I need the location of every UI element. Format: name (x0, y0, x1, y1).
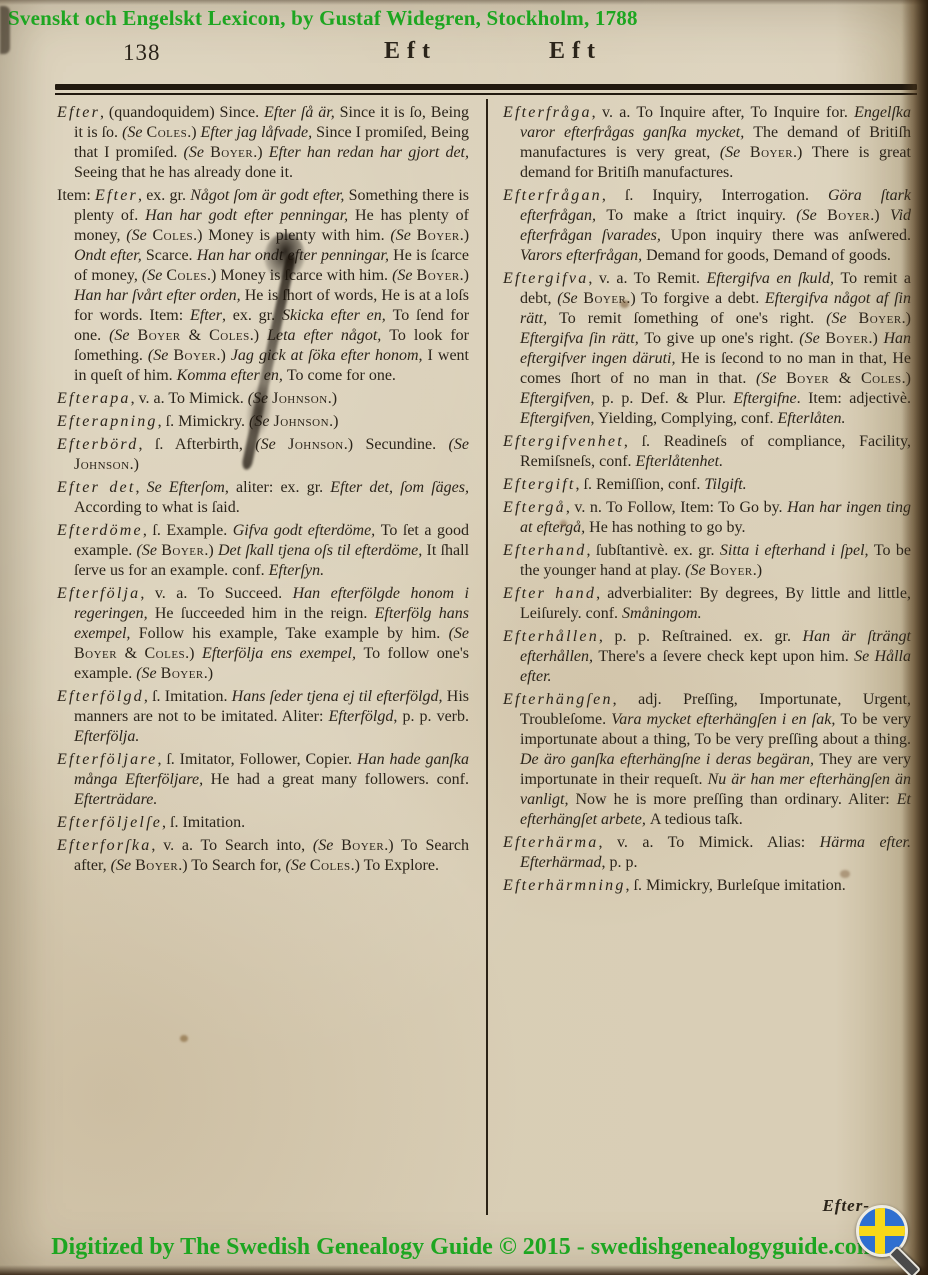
entry-text: , ſubſtantivè. ex. gr. (587, 542, 720, 559)
dictionary-entry: Efterdöme, ſ. Example. Gifva godt efterd… (57, 521, 469, 581)
entry-text: (Se (122, 124, 146, 141)
entry-text: To come for one. (287, 367, 396, 384)
entry-text: Boyer (161, 542, 204, 559)
entry-text: , v. a. To Mimick. (131, 390, 248, 407)
entry-headword: Efter det (57, 479, 135, 496)
entry-headword: Efterfölja (57, 585, 140, 602)
entry-text: , p. p. Def. & Plur. (591, 390, 734, 407)
page-number: 138 (123, 40, 161, 66)
entry-text: .) Secundine. (344, 436, 449, 453)
entry-text: Hans ſeder tjena ej til efterfölgd, (232, 688, 447, 705)
entry-text: Ondt efter, (74, 247, 146, 264)
entry-headword: Efterhärmning (503, 877, 626, 894)
entry-text: Follow his example, Take example by him. (139, 625, 449, 642)
dictionary-entry: Efterapning, ſ. Mimickry. (Se Johnson.) (57, 412, 469, 432)
entry-text: .) Money is ſcarce with him. (207, 267, 392, 284)
header-rule (55, 84, 917, 96)
entry-text: Efterlåtenhet. (636, 453, 724, 470)
entry-text: (Se (136, 665, 160, 682)
scan-edge-bottom (0, 1265, 928, 1275)
entry-headword: Efter hand (503, 585, 596, 602)
entry-headword: Efterfråga (503, 104, 592, 121)
entry-text: , ſ. Mimickry. (158, 413, 249, 430)
entry-text: Eftergifva ſin rätt, (520, 330, 644, 347)
entry-text: .) To Search for, (178, 857, 285, 874)
entry-text: Boyer (859, 310, 902, 327)
entry-text: To remit ſomething of one's right. (559, 310, 826, 327)
entry-text: .) (328, 390, 337, 407)
dictionary-entry: Efterforſka, v. a. To Search into, (Se B… (57, 836, 469, 876)
scan-edge-top (0, 0, 928, 5)
entry-text: Vara mycket efterhängſen i en ſak, (611, 711, 840, 728)
entry-text: .) (204, 542, 218, 559)
entry-text: & (829, 370, 861, 387)
dictionary-entry: Efterhärma, v. a. To Mimick. Alias: Härm… (503, 833, 911, 873)
entry-text: (Se (109, 327, 137, 344)
running-head-left: Eft (384, 38, 437, 65)
entry-text: (Se (285, 857, 309, 874)
entry-headword: Efter (57, 104, 100, 121)
entry-text: (Se (756, 370, 786, 387)
entry-text: , p. p. verb. (393, 708, 469, 725)
entry-text: . Item: adjectivè. (797, 390, 911, 407)
entry-headword: Eftergifva (503, 270, 588, 287)
entry-text: Småningom. (622, 605, 702, 622)
entry-text: Boyer (135, 857, 178, 874)
entry-text: (Se (449, 436, 469, 453)
entry-text: Boyer (417, 267, 460, 284)
entry-text: (Se (126, 227, 152, 244)
entry-text: (Se (248, 390, 272, 407)
entry-text: (Se (148, 347, 173, 364)
entry-text: Boyer (786, 370, 829, 387)
dictionary-entry: Efterfrågan, ſ. Inquiry, Interrogation. … (503, 186, 911, 266)
entry-text: (Se (136, 542, 161, 559)
entry-text: Boyer (341, 837, 384, 854)
entry-text: Coles (145, 645, 186, 662)
entry-text: (Se (249, 413, 273, 430)
entry-text: Scarce. (146, 247, 197, 264)
entry-text: (Se (720, 144, 750, 161)
dictionary-entry: Efter, (quandoquidem) Since. Efter ſå är… (57, 103, 469, 183)
entry-text: Boyer (210, 144, 253, 161)
scan-footer: Digitized by The Swedish Genealogy Guide… (0, 1234, 928, 1261)
entry-text: Efter han redan har gjort det, (269, 144, 469, 161)
entry-text: Coles (209, 327, 250, 344)
entry-text: , (quandoquidem) Since. (100, 104, 264, 121)
entry-text: .) (460, 227, 469, 244)
entry-text: (Se (449, 625, 469, 642)
entry-headword: Efterhand (503, 542, 587, 559)
entry-text: Gifva godt efterdöme, (233, 522, 381, 539)
entry-text: (Se (685, 562, 709, 579)
entry-text: Demand for goods, Demand of goods. (646, 247, 891, 264)
entry-headword: Efterföljelſe (57, 814, 162, 831)
dictionary-entry: Item: Efter, ex. gr. Något ſom är godt e… (57, 186, 469, 386)
scan-edge-right (902, 0, 928, 1275)
entry-text: De äro ganſka efterhängſne i deras begär… (520, 751, 819, 768)
entry-text: , ſ. Imitation. (162, 814, 245, 831)
entry-text: (Se (142, 267, 166, 284)
entry-text: Tilgift. (704, 476, 746, 493)
entry-text: .) (130, 456, 139, 473)
entry-text: , ſ. Afterbirth, (138, 436, 255, 453)
entry-text: .) (753, 562, 762, 579)
right-column: Efterfråga, v. a. To Inquire after, To I… (503, 103, 911, 899)
entry-text: Now he is more preſſing than ordinary. A… (575, 791, 896, 808)
entry-text: Eftergifven (520, 410, 591, 427)
dictionary-entry: Efterhärmning, ſ. Mimickry, Burleſque im… (503, 876, 911, 896)
entry-headword: Efterhängſen (503, 691, 613, 708)
entry-text: , ex. gr. (222, 307, 282, 324)
entry-text: Varors efterfrågan, (520, 247, 646, 264)
entry-text: Boyer (750, 144, 793, 161)
entry-text: Eftergifne (733, 390, 796, 407)
entry-text: According to what is ſaid. (74, 499, 240, 516)
entry-text: Boyer (583, 290, 626, 307)
entry-text: , v. a. To Remit. (588, 270, 706, 287)
entry-text: There's a ſevere check kept upon him. (598, 648, 854, 665)
entry-text: Det ſkall tjena oſs til efterdöme, (218, 542, 427, 559)
left-column: Efter, (quandoquidem) Since. Efter ſå är… (57, 103, 469, 879)
entry-text: Coles (310, 857, 351, 874)
entry-text: , v. n. To Follow, Item: To Go by. (566, 499, 787, 516)
entry-text: Coles (152, 227, 193, 244)
entry-text: (Se (390, 227, 416, 244)
dictionary-entry: Efterfölgd, ſ. Imitation. Hans ſeder tje… (57, 687, 469, 747)
entry-text: .) (870, 207, 890, 224)
entry-text: .) (185, 645, 202, 662)
dictionary-entry: Efterapa, v. a. To Mimick. (Se Johnson.) (57, 389, 469, 409)
dictionary-entry: Efterhållen, p. p. Reſtrained. ex. gr. H… (503, 627, 911, 687)
dictionary-entry: Efterbörd, ſ. Afterbirth, (Se Johnson.) … (57, 435, 469, 475)
entry-text: , (135, 479, 146, 496)
entry-text: , ſ. Remiſſion, conf. (576, 476, 705, 493)
entry-text: To give up one's right. (644, 330, 799, 347)
entry-headword: Efterforſka (57, 837, 151, 854)
dictionary-entry: Efterföljare, ſ. Imitator, Follower, Cop… (57, 750, 469, 810)
entry-text: Johnson (273, 413, 329, 430)
entry-text: Efter ſå är, (264, 104, 340, 121)
entry-text: Sitta i efterhand i ſpel, (720, 542, 874, 559)
dictionary-entry: Eftergifvenhet, ſ. Readineſs of complian… (503, 432, 911, 472)
entry-text: Jag gick at ſöka efter honom, (231, 347, 428, 364)
running-head-right: Eft (549, 38, 602, 65)
entry-text: Se Efterſom (147, 479, 225, 496)
entry-headword: Eftergift (503, 476, 576, 493)
entry-text: Komma efter en, (177, 367, 287, 384)
entry-text: Efterſyn. (269, 562, 325, 579)
entry-text: (Se (392, 267, 416, 284)
entry-text: He ſucceeded him in the reign. (155, 605, 375, 622)
entry-text: Coles (861, 370, 902, 387)
entry-text: Item: (57, 187, 95, 204)
entry-text: He has nothing to go by. (589, 519, 745, 536)
entry-text: , v. a. To Mimick. Alias: (598, 834, 819, 851)
entry-headword: Eftergifvenhet (503, 433, 624, 450)
entry-text: Upon inquiry there was anſwered. (671, 227, 911, 244)
entry-text: Efter (190, 307, 222, 324)
dictionary-entry: Efterföljelſe, ſ. Imitation. (57, 813, 469, 833)
dictionary-entry: Efterfråga, v. a. To Inquire after, To I… (503, 103, 911, 183)
entry-text: .) (250, 327, 267, 344)
entry-text: Eftergifven (520, 390, 591, 407)
entry-headword: Efterapning (57, 413, 158, 430)
catchword: Efter- (740, 1196, 870, 1216)
entry-text: , v. a. To Search into, (151, 837, 312, 854)
swedish-flag-magnifier-icon (854, 1205, 924, 1269)
entry-text: , ſ. Mimickry, Burleſque imitation. (626, 877, 846, 894)
entry-text: .) Money is plenty with him. (193, 227, 390, 244)
entry-text: (Se (184, 144, 211, 161)
entry-text: Boyer (161, 665, 204, 682)
book-page: Svenskt och Engelskt Lexicon, by Gustaf … (0, 0, 928, 1275)
entry-text: , v. a. To Inquire after, To Inquire for… (592, 104, 854, 121)
entry-text: Han har ſvårt efter orden, (74, 287, 245, 304)
paper-stain (180, 1035, 188, 1042)
dictionary-entry: Efterfölja, v. a. To Succeed. Han efterf… (57, 584, 469, 684)
entry-text: Något ſom är godt efter, (190, 187, 348, 204)
entry-headword: Efter (95, 187, 138, 204)
entry-text: Boyer (417, 227, 460, 244)
dictionary-entry: Efterhängſen, adj. Preſſing, Importunate… (503, 690, 911, 830)
entry-text: Boyer (173, 347, 216, 364)
entry-headword: Efterhärma (503, 834, 598, 851)
dictionary-entry: Efter hand, adverbialiter: By degrees, B… (503, 584, 911, 624)
scan-edge-mark (0, 6, 10, 54)
entry-text: Boyer (710, 562, 753, 579)
dictionary-entry: Eftergå, v. n. To Follow, Item: To Go by… (503, 498, 911, 538)
entry-headword: Efterfrågan (503, 187, 602, 204)
entry-text: Han har godt efter penningar, (145, 207, 355, 224)
entry-text: Coles (166, 267, 207, 284)
entry-text: To make a ſtrict inquiry. (606, 207, 796, 224)
entry-text: Efterfölja. (74, 728, 139, 745)
entry-text: & (117, 645, 144, 662)
entry-text: (Se (111, 857, 135, 874)
entry-text: , ſ. Imitation. (144, 688, 232, 705)
column-divider (486, 99, 488, 1215)
entry-text: .) (253, 144, 268, 161)
entry-text: Efterträdare. (74, 791, 157, 808)
entry-text: Han har ondt efter penningar, (197, 247, 393, 264)
entry-text: Efterfölgd (328, 708, 393, 725)
entry-text: .) (329, 413, 338, 430)
entry-text: (Se (799, 330, 825, 347)
entry-text: Efter det, ſom ſäges, (330, 479, 469, 496)
dictionary-entry: Efter det, Se Efterſom, aliter: ex. gr. … (57, 478, 469, 518)
entry-text: , Yielding, Complying, conf. (591, 410, 778, 427)
entry-text: .) (460, 267, 469, 284)
dictionary-entry: Eftergifva, v. a. To Remit. Eftergifva e… (503, 269, 911, 429)
entry-text: Johnson (272, 390, 328, 407)
dictionary-entry: Efterhand, ſubſtantivè. ex. gr. Sitta i … (503, 541, 911, 581)
entry-text: A tedious taſk. (650, 811, 743, 828)
entry-text: Boyer (74, 645, 117, 662)
entry-headword: Efterbörd (57, 436, 138, 453)
entry-text: Coles (147, 124, 188, 141)
entry-text: Boyer (825, 330, 868, 347)
entry-text: Efterfölja ens exempel, (202, 645, 363, 662)
header-rule-thin (55, 93, 917, 95)
entry-text: , ſ. Example. (143, 522, 233, 539)
entry-text: , ſ. Imitator, Follower, Copier. (157, 751, 357, 768)
entry-text: & (181, 327, 209, 344)
entry-text: .) (868, 330, 883, 347)
entry-text: (Se (796, 207, 827, 224)
entry-text: .) To forgive a debt. (626, 290, 764, 307)
entry-text: (Se (826, 310, 858, 327)
entry-text: .) To Explore. (351, 857, 439, 874)
entry-text: Efter jag låfvade, (201, 124, 317, 141)
entry-headword: Efterdöme (57, 522, 143, 539)
entry-text: Skicka efter en, (282, 307, 393, 324)
entry-text: (Se (313, 837, 341, 854)
entry-text: , p. p. Reſtrained. ex. gr. (599, 628, 803, 645)
header-rule-thick (55, 84, 917, 90)
entry-headword: Efterfölgd (57, 688, 144, 705)
entry-text: Eftergifva en ſkuld, (706, 270, 840, 287)
entry-headword: Efterapa (57, 390, 131, 407)
entry-headword: Efterföljare (57, 751, 157, 768)
entry-text: .) (204, 665, 213, 682)
entry-text: .) (187, 124, 200, 141)
scan-title: Svenskt och Engelskt Lexicon, by Gustaf … (8, 6, 638, 31)
entry-headword: Eftergå (503, 499, 566, 516)
entry-text: , ſ. Inquiry, Interrogation. (602, 187, 828, 204)
entry-text: (Se (557, 290, 583, 307)
entry-text: , aliter: ex. gr. (225, 479, 330, 496)
entry-text: He had a great many followers. conf. (211, 771, 469, 788)
entry-headword: Efterhållen (503, 628, 599, 645)
entry-text: Johnson (74, 456, 130, 473)
flag-cross-horizontal (859, 1226, 905, 1236)
entry-text: , p. p. (601, 854, 637, 871)
entry-text: Efterlåten. (777, 410, 845, 427)
entry-text: , ex. gr. (138, 187, 190, 204)
entry-text: Seeing that he has already done it. (74, 164, 293, 181)
entry-text: .) (216, 347, 230, 364)
entry-text: Boyer (138, 327, 181, 344)
entry-text: (Se (255, 436, 288, 453)
entry-text: , v. a. To Succeed. (140, 585, 292, 602)
dictionary-entry: Eftergift, ſ. Remiſſion, conf. Tilgift. (503, 475, 911, 495)
entry-text: Leta efter något, (267, 327, 389, 344)
entry-text: Johnson (288, 436, 344, 453)
entry-text: Boyer (827, 207, 870, 224)
